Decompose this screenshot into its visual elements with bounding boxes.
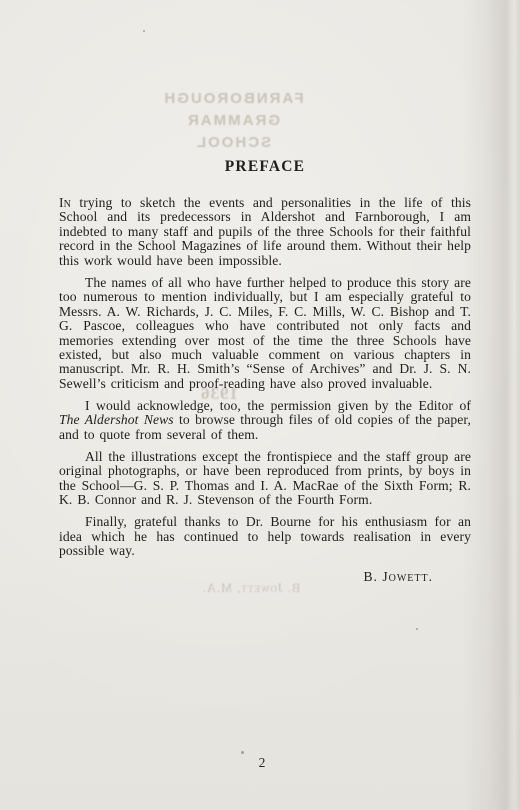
showthrough-line: FARNBOROUGH (128, 88, 338, 110)
showthrough-school-name: FARNBOROUGHGRAMMARSCHOOL (128, 88, 338, 154)
preface-paragraph: The names of all who have further helped… (59, 276, 471, 392)
preface-paragraph: I would acknowledge, too, the permission… (59, 399, 471, 442)
preface-paragraph: All the illustrations except the frontis… (59, 450, 471, 508)
showthrough-line: GRAMMAR (128, 110, 338, 132)
signature: B. Jowett. (59, 569, 471, 585)
preface-paragraphs: In trying to sketch the events and perso… (59, 196, 471, 558)
page-number: 2 (248, 755, 276, 771)
scan-speck (241, 751, 244, 754)
page-title: PREFACE (59, 158, 471, 176)
scan-speck (143, 30, 145, 32)
showthrough-line: SCHOOL (128, 132, 338, 154)
preface-paragraph: Finally, grateful thanks to Dr. Bourne f… (59, 515, 471, 558)
scan-speck (416, 628, 418, 630)
book-page: FARNBOROUGHGRAMMARSCHOOL 1936 B. Jowett,… (0, 0, 520, 810)
preface-content: PREFACE In trying to sketch the events a… (59, 158, 471, 585)
preface-paragraph: In trying to sketch the events and perso… (59, 196, 471, 268)
